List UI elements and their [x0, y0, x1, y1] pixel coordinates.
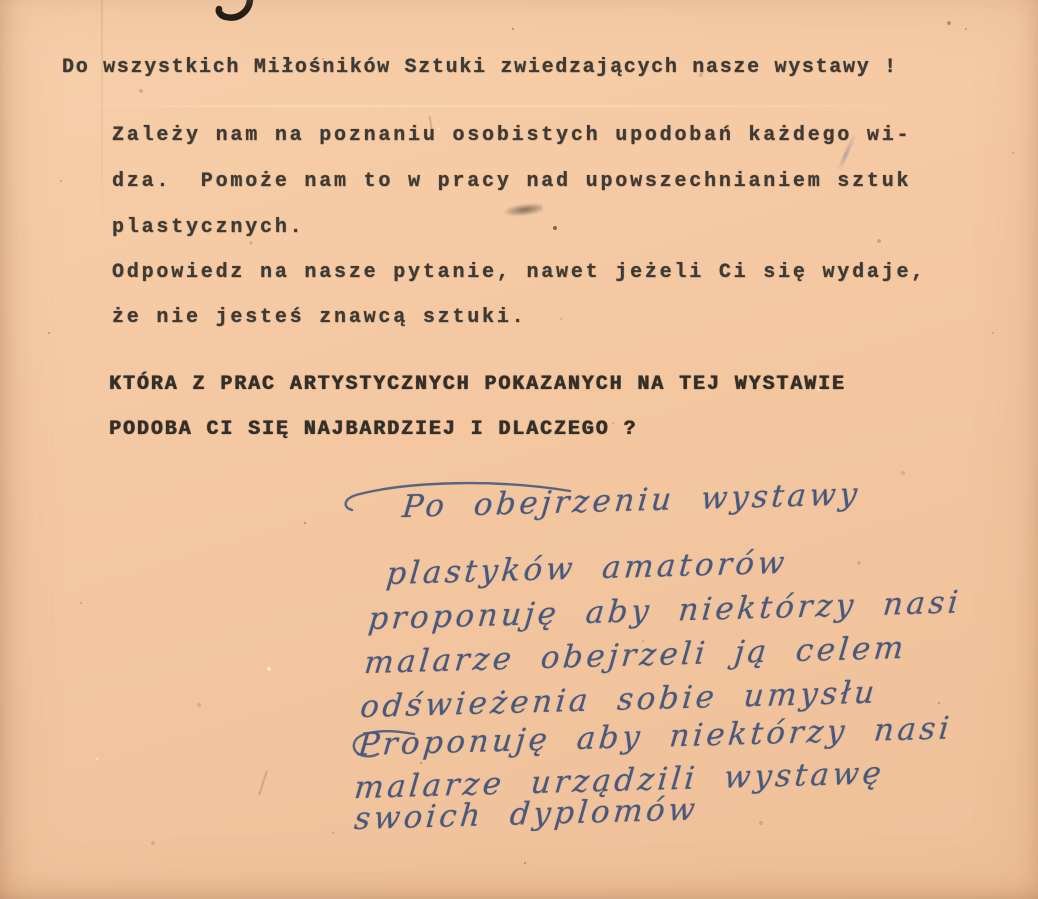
ink-smudge [502, 202, 543, 219]
typed-line-p1-3: plastycznych. [112, 215, 304, 241]
typed-line-p1-1: Zależy nam na poznaniu osobistych upodob… [112, 123, 911, 149]
paper-fiber [258, 770, 268, 795]
handwritten-line-8: swoich dyplomów [353, 792, 700, 836]
typed-line-p2-2: że nie jesteś znawcą sztuki. [112, 305, 526, 331]
handwritten-line-3: proponuję aby niektórzy nasi [367, 585, 963, 636]
paper-crease-vertical [101, 0, 103, 250]
handwritten-line-4: malarze obejrzeli ją celem [363, 631, 909, 680]
paper-crease-horizontal [0, 105, 1038, 107]
question-line-2: PODOBA CI SIĘ NAJBARDZIEJ I DLACZEGO ? [109, 417, 637, 443]
typed-line-p2-1: Odpowiedz na nasze pytanie, nawet jeżeli… [112, 260, 926, 286]
handwritten-line-1: Po obejrzeniu wystawy [401, 477, 862, 524]
salutation-line: Do wszystkich Miłośników Sztuki zwiedzaj… [62, 55, 898, 81]
scanned-survey-page: Do wszystkich Miłośników Sztuki zwiedzaj… [0, 0, 1038, 899]
question-line-1: KTÓRA Z PRAC ARTYSTYCZNYCH POKAZANYCH NA… [109, 372, 846, 398]
ink-dot [553, 226, 557, 230]
paper-speckles [0, 0, 2, 2]
typed-line-p1-2: dza. Pomoże nam to w pracy nad upowszech… [112, 169, 911, 195]
handwritten-line-2: plastyków amatorów [385, 546, 790, 591]
ink-mark-top [212, 0, 264, 28]
